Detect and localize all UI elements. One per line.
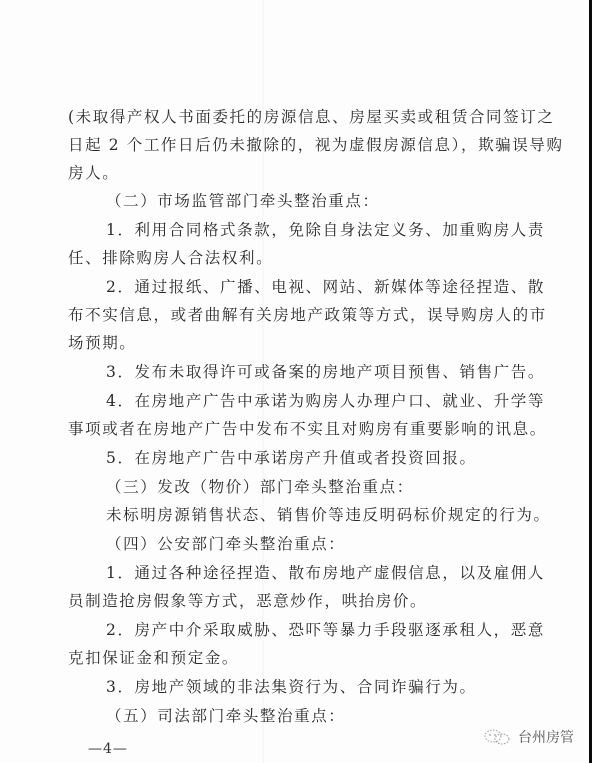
section-heading-market-supervision: （二）市场监管部门牵头整治重点：	[106, 191, 520, 211]
text-line-8: 布不实信息，或者曲解有关房地产政策等方式，误导购房人的市	[68, 305, 520, 325]
page-number: —4—	[88, 741, 128, 757]
section-heading-price: （三）发改（物价）部门牵头整治重点：	[106, 477, 520, 497]
text-line-13: 5．在房地产广告中承诺房产升值或者投资回报。	[106, 448, 520, 468]
section-heading-public-security: （四）公安部门牵头整治重点：	[106, 534, 520, 554]
text-line-6: 任、排除购房人合法权利。	[68, 248, 520, 268]
text-line-7: 2．通过报纸、广播、电视、网站、新媒体等途径捏造、散	[106, 277, 520, 297]
text-line-5: 1．利用合同格式条款，免除自身法定义务、加重购房人责	[106, 220, 520, 240]
text-line-11: 4．在房地产广告中承诺为购房人办理户口、就业、升学等	[106, 391, 520, 411]
text-line-18: 员制造抢房假象等方式，恶意炒作，哄抬房价。	[68, 591, 520, 611]
watermark-label: 台州房管	[518, 727, 574, 747]
text-line-2: 日起 2 个工作日后仍未撤除的，视为虚假房源信息），欺骗误导购	[68, 135, 520, 155]
text-line-20: 克扣保证金和预定金。	[68, 648, 520, 668]
document-page: (未取得产权人书面委托的房源信息、房屋买卖或租赁合同签订之 日起 2 个工作日后…	[0, 0, 589, 763]
text-line-9: 场预期。	[68, 333, 520, 353]
text-line-17: 1．通过各种途径捏造、散布房地产虚假信息，以及雇佣人	[106, 563, 520, 583]
text-line-19: 2．房产中介采取威胁、恐吓等暴力手段驱逐承租人，恶意	[106, 620, 520, 640]
text-line-1: (未取得产权人书面委托的房源信息、房屋买卖或租赁合同签订之	[68, 107, 520, 127]
text-line-3: 房人。	[68, 163, 520, 183]
wechat-icon	[482, 729, 512, 745]
text-line-10: 3．发布未取得许可或备案的房地产项目预售、销售广告。	[106, 362, 520, 382]
text-line-12: 事项或者在房地产广告中发布不实且对购房有重要影响的讯息。	[68, 419, 520, 439]
watermark: 台州房管	[482, 727, 574, 747]
text-line-21: 3．房地产领域的非法集资行为、合同诈骗行为。	[106, 677, 520, 697]
text-line-15: 未标明房源销售状态、销售价等违反明码标价规定的行为。	[106, 505, 520, 525]
section-heading-judicial: （五）司法部门牵头整治重点：	[106, 706, 520, 726]
